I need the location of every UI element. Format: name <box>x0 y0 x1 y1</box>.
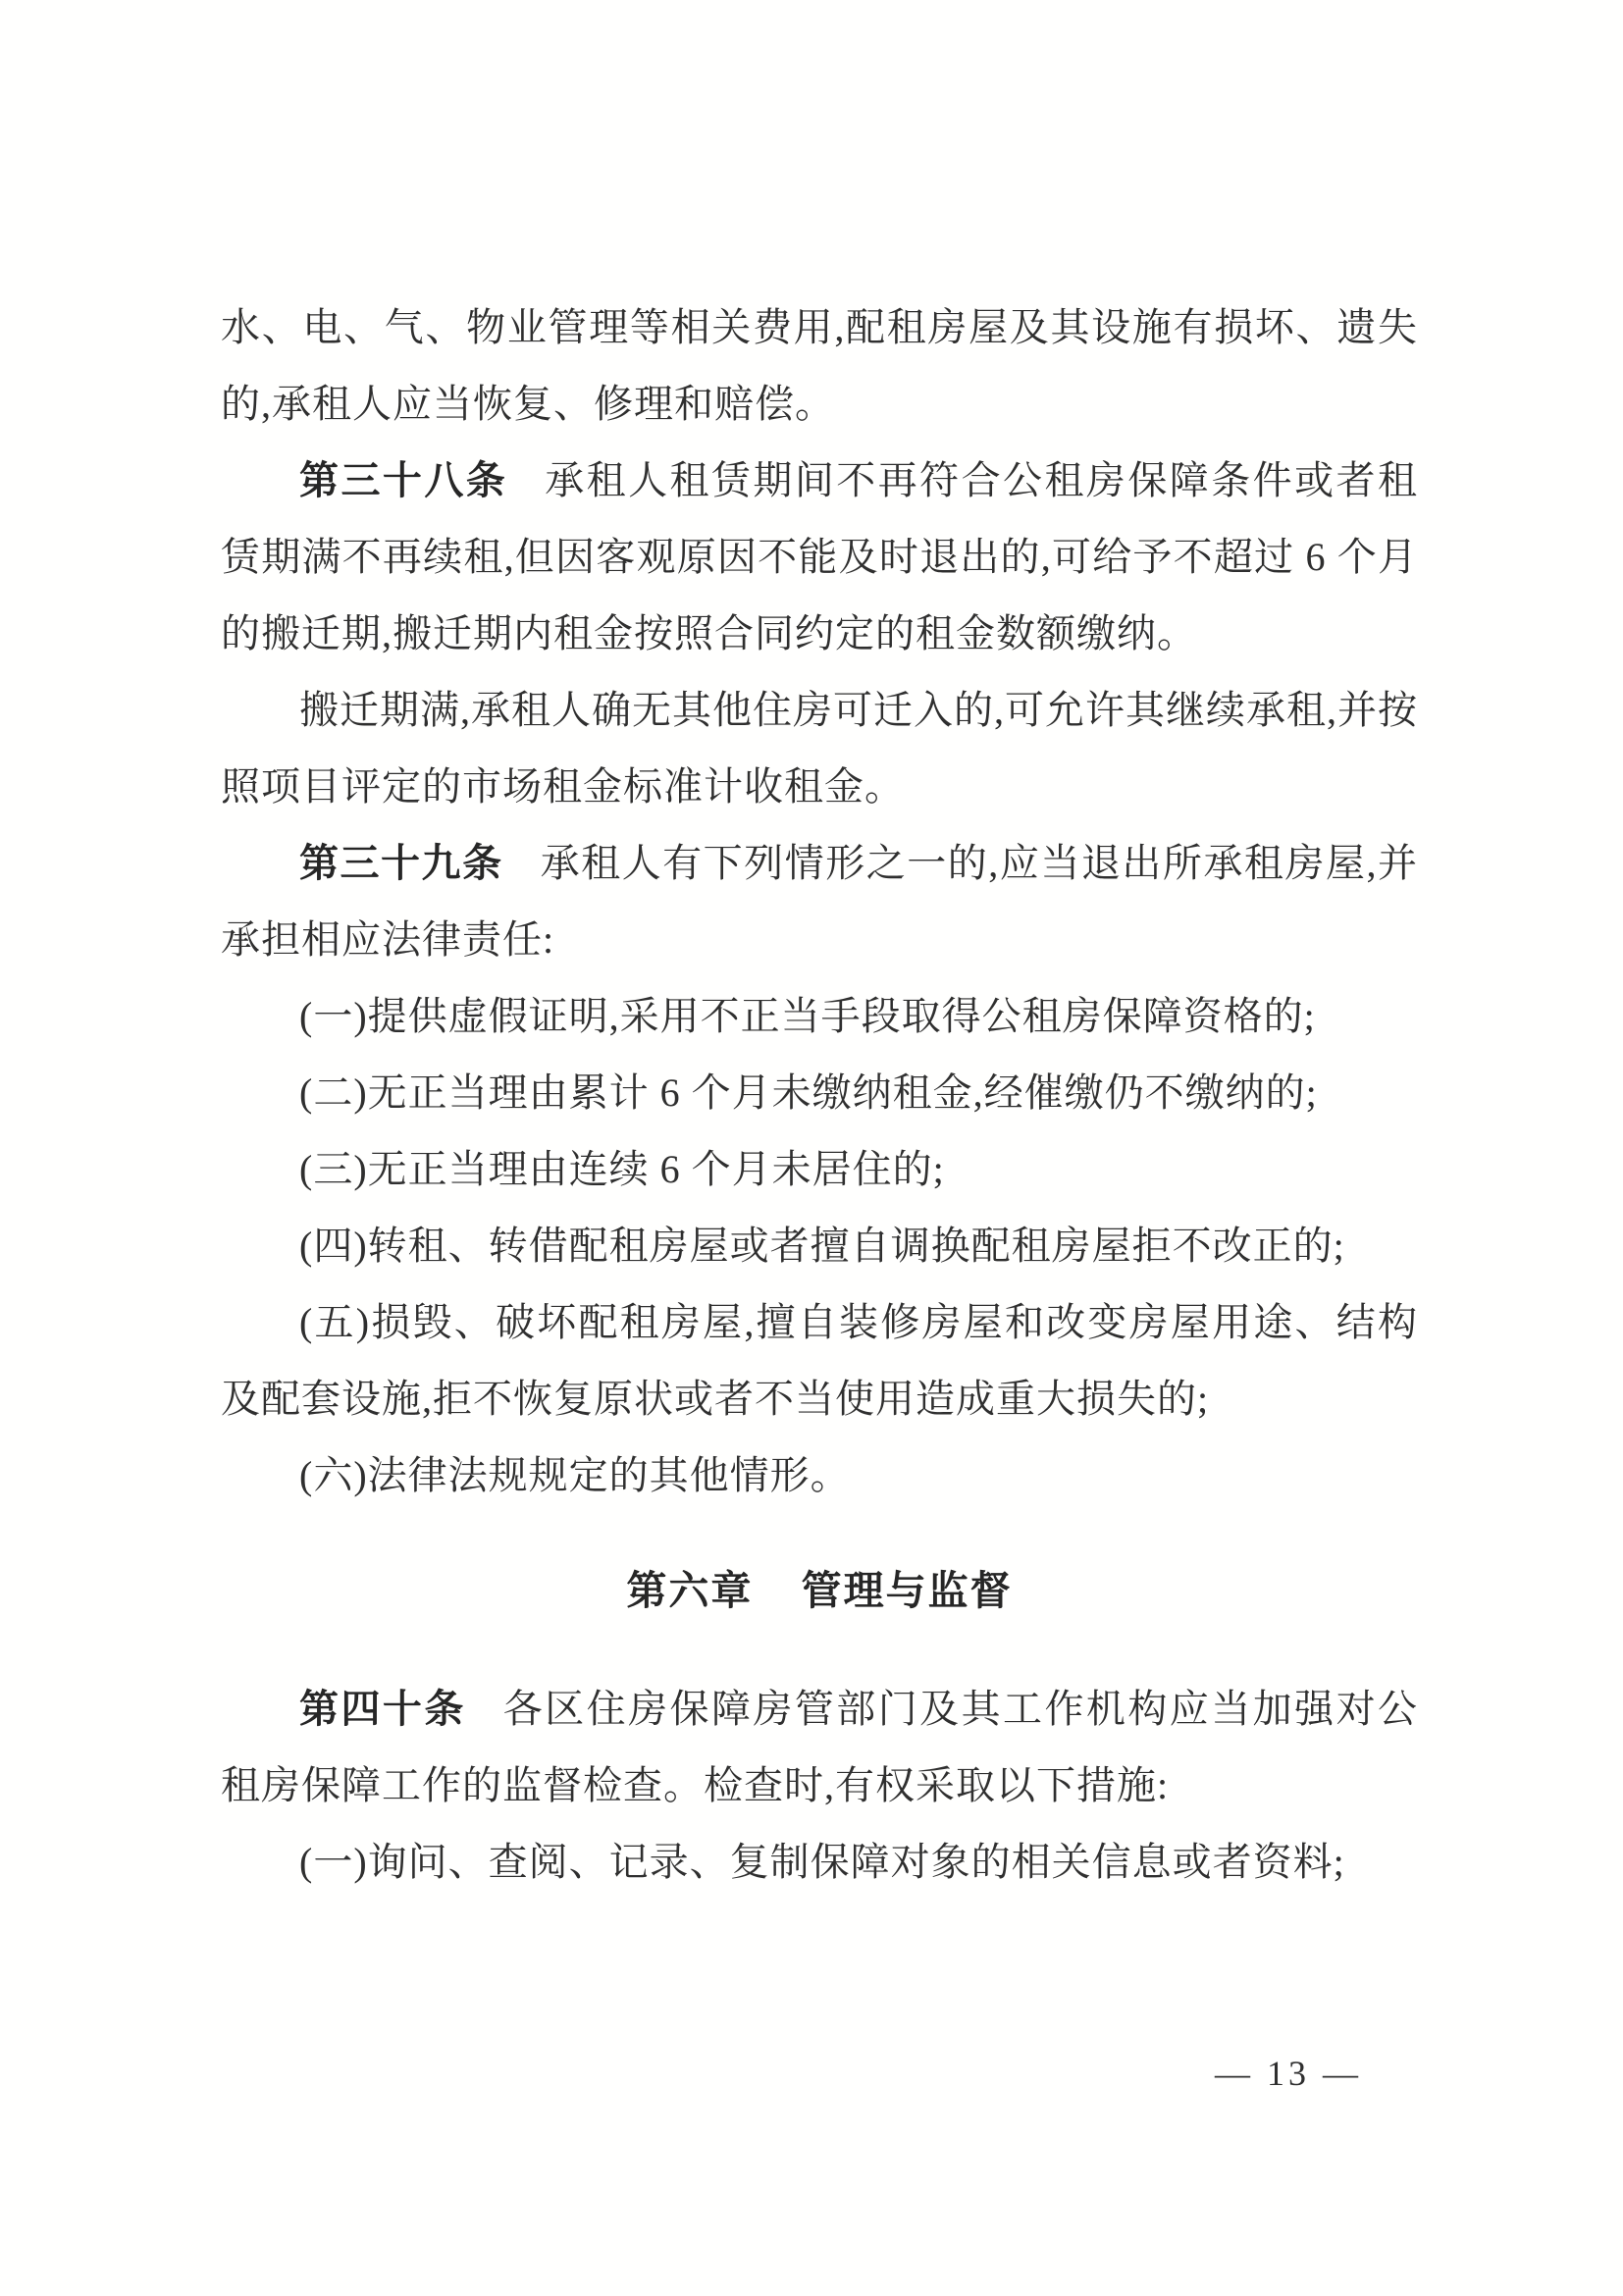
article-39-number: 第三十九条 <box>299 842 503 885</box>
chapter-title: 管理与监督 <box>802 1568 1013 1613</box>
article-38-second-paragraph: 搬迁期满,承租人确无其他住房可迁入的,可允许其继续承租,并按照项目评定的市场租金… <box>221 672 1418 825</box>
article-40-number: 第四十条 <box>299 1688 466 1731</box>
article-40-clause-1-item: (一)询问、查阅、记录、复制保障对象的相关信息或者资料; <box>221 1824 1418 1901</box>
chapter-6-heading: 第六章管理与监督 <box>221 1552 1418 1629</box>
page-number: — 13 — <box>1215 2053 1362 2094</box>
article-38-number: 第三十八条 <box>299 459 507 502</box>
clause-2-item: (二)无正当理由累计 6 个月未缴纳租金,经催缴仍不缴纳的; <box>221 1055 1418 1131</box>
document-page: 水、电、气、物业管理等相关费用,配租房屋及其设施有损坏、遗失的,承租人应当恢复、… <box>0 0 1623 2296</box>
document-body: 水、电、气、物业管理等相关费用,配租房屋及其设施有损坏、遗失的,承租人应当恢复、… <box>221 289 1418 1901</box>
clause-6-item: (六)法律法规规定的其他情形。 <box>221 1437 1418 1514</box>
chapter-number: 第六章 <box>626 1568 753 1613</box>
clause-4-item: (四)转租、转借配租房屋或者擅自调换配租房屋拒不改正的; <box>221 1208 1418 1284</box>
clause-1-item: (一)提供虚假证明,采用不正当手段取得公租房保障资格的; <box>221 978 1418 1055</box>
clause-5-item: (五)损毁、破坏配租房屋,擅自装修房屋和改变房屋用途、结构及配套设施,拒不恢复原… <box>221 1284 1418 1437</box>
continuation-paragraph: 水、电、气、物业管理等相关费用,配租房屋及其设施有损坏、遗失的,承租人应当恢复、… <box>221 289 1418 443</box>
article-39-paragraph: 第三十九条承租人有下列情形之一的,应当退出所承租房屋,并承担相应法律责任: <box>221 825 1418 978</box>
clause-3-item: (三)无正当理由连续 6 个月未居住的; <box>221 1131 1418 1208</box>
article-38-paragraph: 第三十八条承租人租赁期间不再符合公租房保障条件或者租赁期满不再续租,但因客观原因… <box>221 443 1418 672</box>
article-40-paragraph: 第四十条各区住房保障房管部门及其工作机构应当加强对公租房保障工作的监督检查。检查… <box>221 1671 1418 1824</box>
